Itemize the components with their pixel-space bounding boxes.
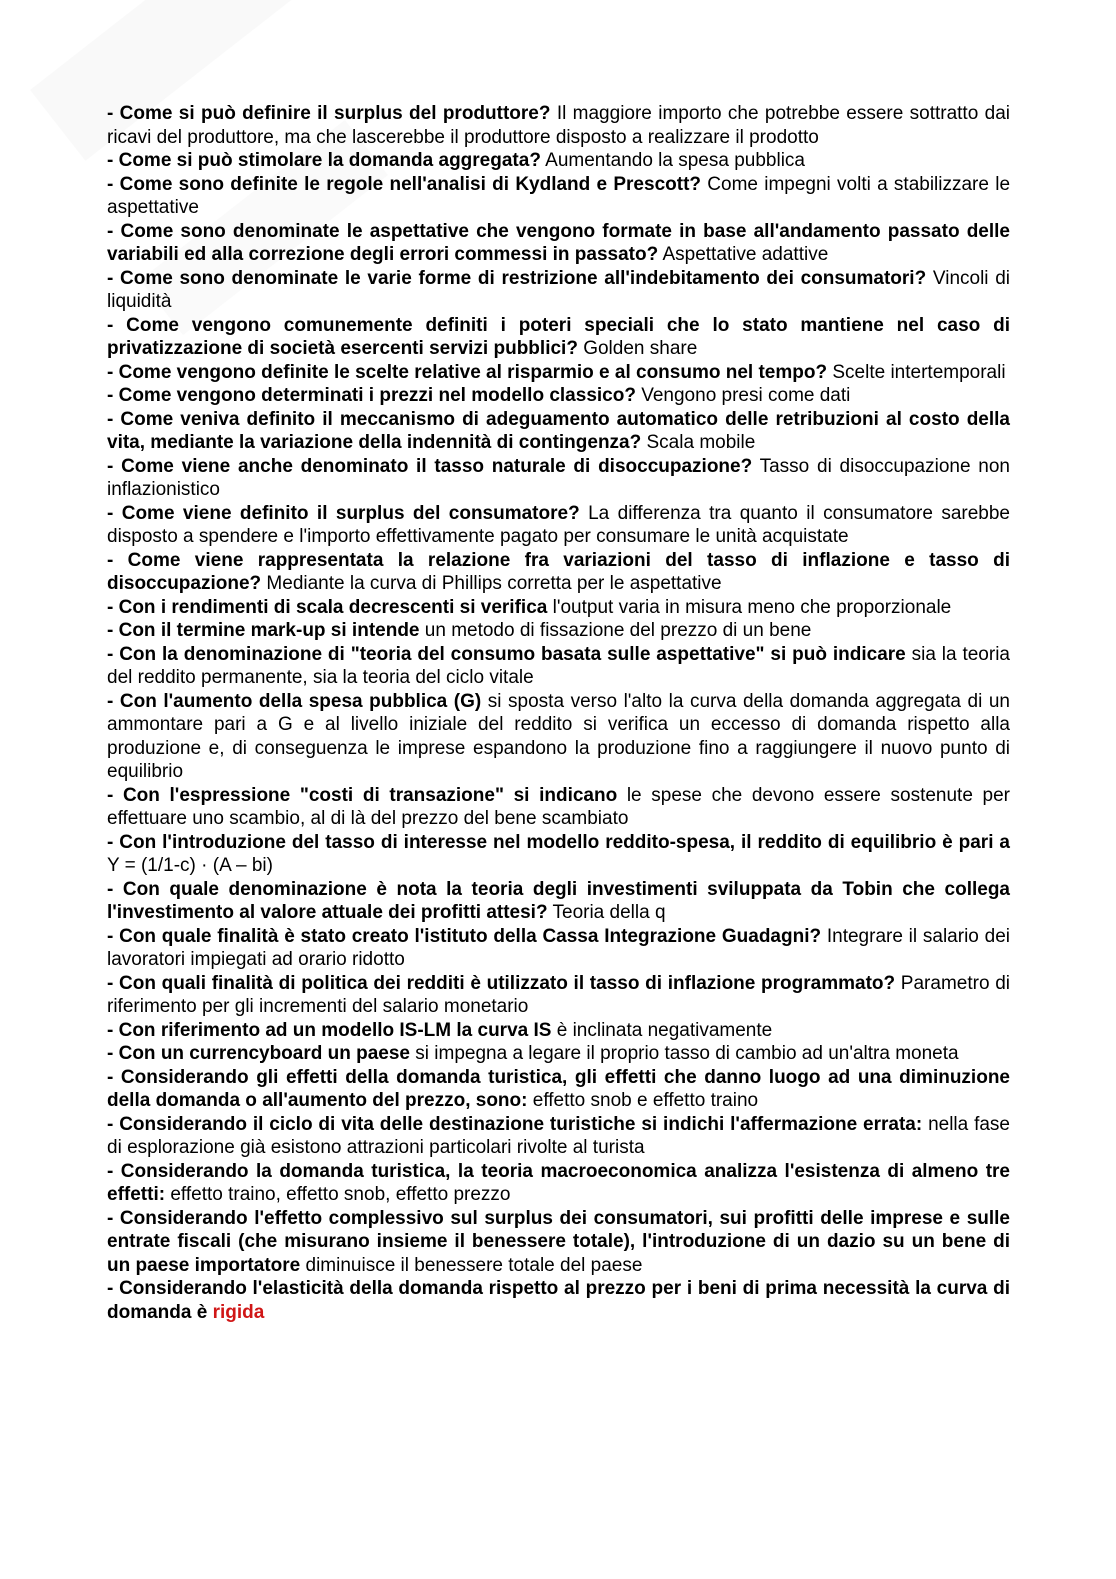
answer-text: un metodo di fissazione del prezzo di un… [420, 620, 812, 641]
answer-text: Aumentando la spesa pubblica [541, 150, 805, 171]
qa-item: - Con la denominazione di "teoria del co… [107, 643, 1010, 690]
qa-item: - Con quale finalità è stato creato l'is… [107, 925, 1010, 972]
answer-text: è inclinata negativamente [551, 1020, 772, 1041]
question-text: - Con l'aumento della spesa pubblica (G) [107, 691, 481, 712]
question-text: - Con quali finalità di politica dei red… [107, 973, 895, 994]
answer-highlight: rigida [207, 1302, 264, 1323]
question-text: - Come vengono comunemente definiti i po… [107, 315, 1010, 360]
question-text: - Come si può stimolare la domanda aggre… [107, 150, 541, 171]
qa-item: - Come vengono comunemente definiti i po… [107, 314, 1010, 361]
qa-item: - Con quale denominazione è nota la teor… [107, 878, 1010, 925]
answer-text: Mediante la curva di Phillips corretta p… [261, 573, 721, 594]
question-text: - Come sono denominate le aspettative ch… [107, 221, 1010, 266]
question-text: - Come sono denominate le varie forme di… [107, 268, 926, 289]
qa-item: - Considerando gli effetti della domanda… [107, 1066, 1010, 1113]
qa-item: - Come veniva definito il meccanismo di … [107, 408, 1010, 455]
qa-item: - Con l'aumento della spesa pubblica (G)… [107, 690, 1010, 784]
qa-item: - Con il termine mark-up si intende un m… [107, 619, 1010, 643]
qa-item: - Come viene anche denominato il tasso n… [107, 455, 1010, 502]
answer-text: Vengono presi come dati [636, 385, 850, 406]
answer-text: effetto traino, effetto snob, effetto pr… [165, 1184, 510, 1205]
qa-item: - Come vengono determinati i prezzi nel … [107, 384, 1010, 408]
qa-item: - Considerando la domanda turistica, la … [107, 1160, 1010, 1207]
question-text: - Come viene definito il surplus del con… [107, 503, 580, 524]
answer-text: Y = (1/1-c) · (A – bi) [107, 855, 273, 876]
answer-text: si impegna a legare il proprio tasso di … [410, 1043, 959, 1064]
qa-item: - Come si può definire il surplus del pr… [107, 102, 1010, 149]
answer-text: l'output varia in misura meno che propor… [547, 597, 951, 618]
question-text: - Come vengono definite le scelte relati… [107, 362, 827, 383]
question-text: - Con la denominazione di "teoria del co… [107, 644, 906, 665]
qa-list: - Come si può definire il surplus del pr… [107, 102, 1010, 1324]
answer-text: Scelte intertemporali [827, 362, 1005, 383]
answer-text: effetto snob e effetto traino [527, 1090, 758, 1111]
question-text: - Con il termine mark-up si intende [107, 620, 420, 641]
question-text: - Con un currencyboard un paese [107, 1043, 410, 1064]
qa-item: - Come si può stimolare la domanda aggre… [107, 149, 1010, 173]
question-text: - Con l'espressione "costi di transazion… [107, 785, 617, 806]
qa-item: - Come sono definite le regole nell'anal… [107, 173, 1010, 220]
question-text: - Con i rendimenti di scala decrescenti … [107, 597, 547, 618]
answer-text: Teoria della q [548, 902, 666, 923]
question-text: - Con l'introduzione del tasso di intere… [107, 832, 1010, 853]
qa-item: - Con riferimento ad un modello IS-LM la… [107, 1019, 1010, 1043]
qa-item: - Come vengono definite le scelte relati… [107, 361, 1010, 385]
qa-item: - Con quali finalità di politica dei red… [107, 972, 1010, 1019]
qa-item: - Con i rendimenti di scala decrescenti … [107, 596, 1010, 620]
qa-item: - Con un currencyboard un paese si impeg… [107, 1042, 1010, 1066]
question-text: - Come vengono determinati i prezzi nel … [107, 385, 636, 406]
qa-item: - Con l'introduzione del tasso di intere… [107, 831, 1010, 878]
qa-item: - Considerando l'effetto complessivo sul… [107, 1207, 1010, 1278]
question-text: - Con riferimento ad un modello IS-LM la… [107, 1020, 551, 1041]
answer-text: Aspettative adattive [658, 244, 828, 265]
answer-text: Scala mobile [641, 432, 755, 453]
document-page: - Come si può definire il surplus del pr… [0, 0, 1116, 1579]
question-text: - Come sono definite le regole nell'anal… [107, 174, 701, 195]
question-text: - Con quale finalità è stato creato l'is… [107, 926, 821, 947]
qa-item: - Con l'espressione "costi di transazion… [107, 784, 1010, 831]
question-text: - Come veniva definito il meccanismo di … [107, 409, 1010, 454]
answer-text: diminuisce il benessere totale del paese [300, 1255, 642, 1276]
qa-item: - Considerando l'elasticità della domand… [107, 1277, 1010, 1324]
question-text: - Come viene anche denominato il tasso n… [107, 456, 752, 477]
qa-item: - Come sono denominate le varie forme di… [107, 267, 1010, 314]
qa-item: - Come viene rappresentata la relazione … [107, 549, 1010, 596]
answer-text: Golden share [578, 338, 697, 359]
question-text: - Considerando il ciclo di vita delle de… [107, 1114, 922, 1135]
qa-item: - Come viene definito il surplus del con… [107, 502, 1010, 549]
qa-item: - Come sono denominate le aspettative ch… [107, 220, 1010, 267]
qa-item: - Considerando il ciclo di vita delle de… [107, 1113, 1010, 1160]
question-text: - Come si può definire il surplus del pr… [107, 103, 550, 124]
